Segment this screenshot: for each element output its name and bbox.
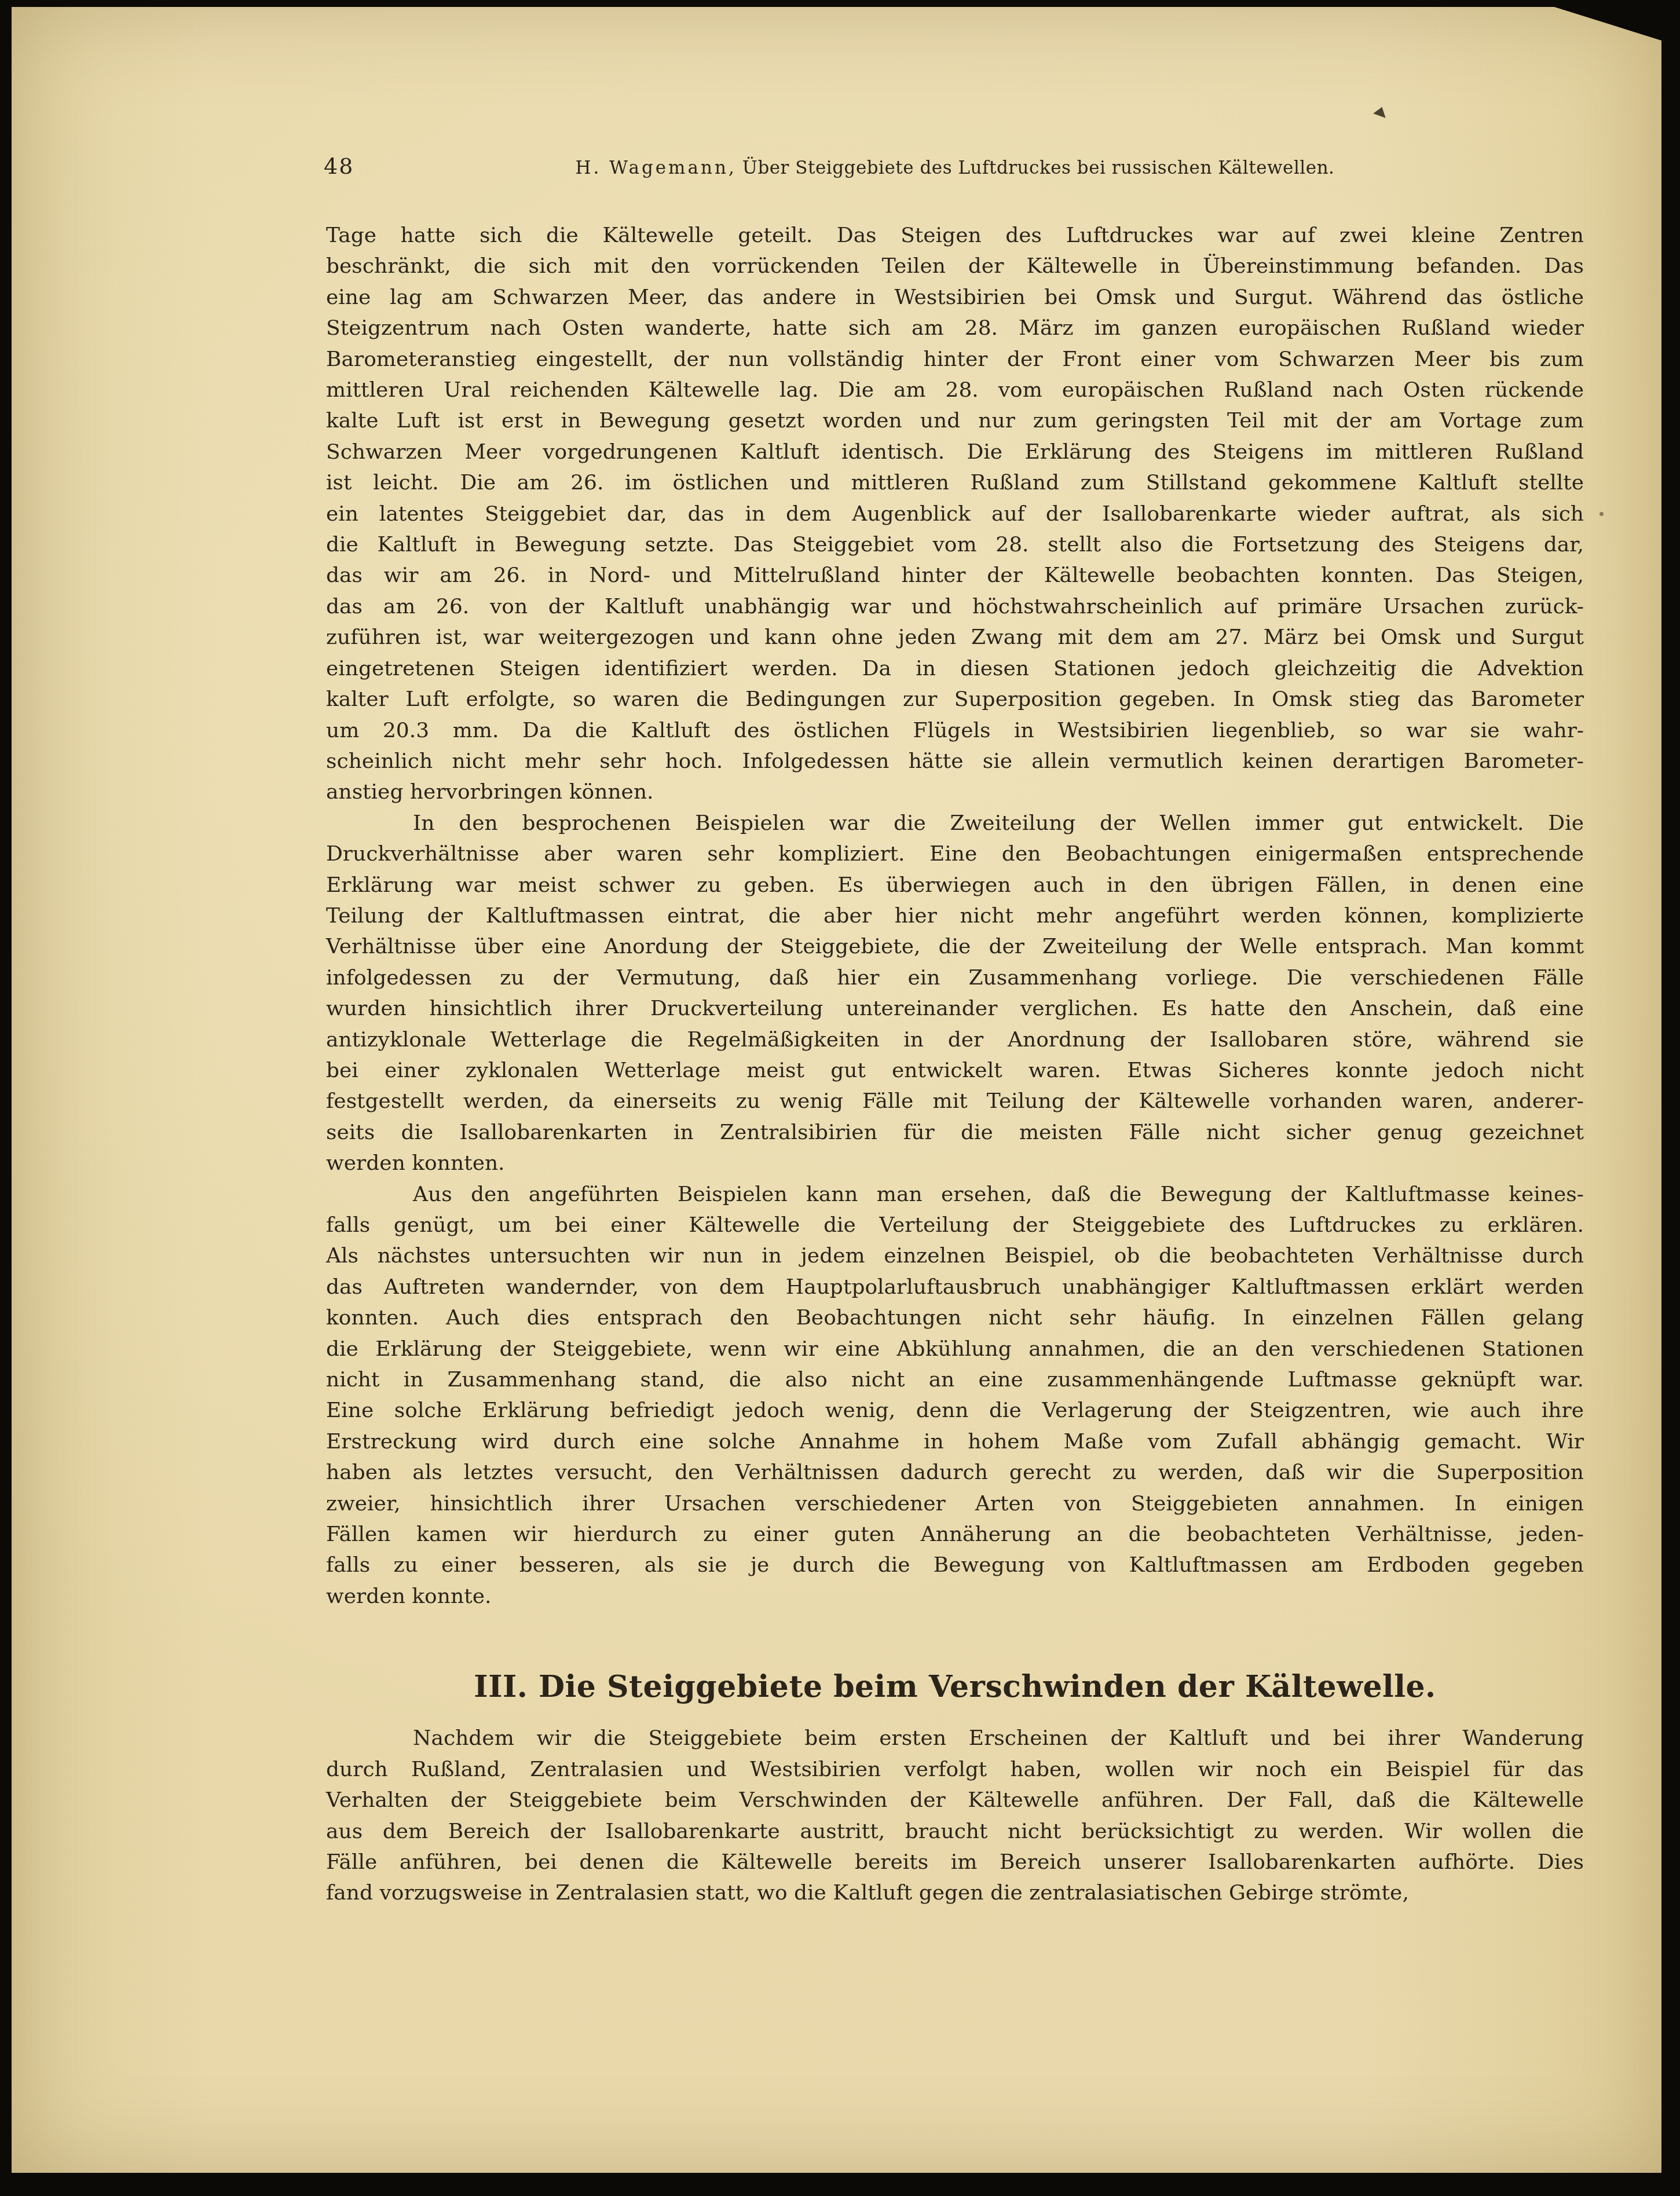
text-line: In den besprochenen Beispielen war die Z…: [326, 808, 1584, 839]
text-line: die Erklärung der Steiggebiete, wenn wir…: [326, 1334, 1584, 1364]
text-line: werden konnten.: [326, 1148, 1584, 1178]
text-line: Steigzentrum nach Osten wanderte, hatte …: [326, 313, 1584, 343]
text-line: anstieg hervorbringen können.: [326, 777, 1584, 807]
text-line: Nachdem wir die Steiggebiete beim ersten…: [326, 1723, 1584, 1754]
text-line: scheinlich nicht mehr sehr hoch. Infolge…: [326, 746, 1584, 777]
paragraph: Tage hatte sich die Kältewelle geteilt. …: [326, 220, 1584, 808]
text-line: das am 26. von der Kaltluft unabhängig w…: [326, 591, 1584, 622]
scan-corner-wedge: [1554, 7, 1661, 41]
running-header-title: Über Steiggebiete des Luftdruckes bei ru…: [742, 158, 1335, 178]
text-line: Aus den angeführten Beispielen kann man …: [326, 1179, 1584, 1210]
text-line: durch Rußland, Zentralasien und Westsibi…: [326, 1754, 1584, 1785]
text-line: Barometeranstieg eingestellt, der nun vo…: [326, 344, 1584, 375]
text-line: ist leicht. Die am 26. im östlichen und …: [326, 467, 1584, 498]
text-line: festgestellt werden, da einerseits zu we…: [326, 1086, 1584, 1117]
text-line: die Kaltluft in Bewegung setzte. Das Ste…: [326, 529, 1584, 560]
text-line: werden konnte.: [326, 1581, 1584, 1612]
text-line: aus dem Bereich der Isallobarenkarte aus…: [326, 1816, 1584, 1847]
text-line: Eine solche Erklärung befriedigt jedoch …: [326, 1395, 1584, 1426]
text-line: kalte Luft ist erst in Bewegung gesetzt …: [326, 405, 1584, 436]
section-heading: III. Die Steiggebiete beim Verschwinden …: [326, 1670, 1584, 1704]
text-line: das wir am 26. in Nord- und Mittelrußlan…: [326, 560, 1584, 591]
text-line: das Auftreten wandernder, von dem Hauptp…: [326, 1272, 1584, 1302]
text-line: seits die Isallobarenkarten in Zentralsi…: [326, 1117, 1584, 1148]
scanned-page: 48 H. Wagemann,Über Steiggebiete des Luf…: [12, 7, 1661, 2173]
text-line: um 20.3 mm. Da die Kaltluft des östliche…: [326, 715, 1584, 746]
text-line: bei einer zyklonalen Wetterlage meist gu…: [326, 1055, 1584, 1086]
running-header: H. Wagemann,Über Steiggebiete des Luftdr…: [326, 159, 1584, 177]
text-line: Teilung der Kaltluftmassen eintrat, die …: [326, 901, 1584, 931]
text-line: konnten. Auch dies entsprach den Beobach…: [326, 1302, 1584, 1333]
text-line: zweier, hinsichtlich ihrer Ursachen vers…: [326, 1488, 1584, 1519]
text-line: Erstreckung wird durch eine solche Annah…: [326, 1426, 1584, 1457]
text-line: beschränkt, die sich mit den vorrückende…: [326, 251, 1584, 281]
text-line: Schwarzen Meer vorgedrungenen Kaltluft i…: [326, 437, 1584, 467]
text-line: mittleren Ural reichenden Kältewelle lag…: [326, 375, 1584, 405]
text-line: nicht in Zusammenhang stand, die also ni…: [326, 1364, 1584, 1395]
text-line: antizyklonale Wetterlage die Regelmäßigk…: [326, 1024, 1584, 1055]
text-line: eingetretenen Steigen identifiziert werd…: [326, 653, 1584, 684]
text-line: fand vorzugsweise in Zentralasien statt,…: [326, 1877, 1584, 1908]
text-line: Fälle anführen, bei denen die Kältewelle…: [326, 1847, 1584, 1877]
text-line: eine lag am Schwarzen Meer, das andere i…: [326, 282, 1584, 313]
text-line: infolgedessen zu der Vermutung, daß hier…: [326, 962, 1584, 993]
text-line: Tage hatte sich die Kältewelle geteilt. …: [326, 220, 1584, 251]
text-line: haben als letztes versucht, den Verhältn…: [326, 1457, 1584, 1488]
running-header-author: H. Wagemann,: [576, 158, 737, 178]
ink-speck-icon: [1372, 107, 1385, 122]
paragraph: In den besprochenen Beispielen war die Z…: [326, 808, 1584, 1179]
text-line: falls genügt, um bei einer Kältewelle di…: [326, 1210, 1584, 1240]
paragraph: Nachdem wir die Steiggebiete beim ersten…: [326, 1723, 1584, 1908]
text-line: ein latentes Steiggebiet dar, das in dem…: [326, 499, 1584, 529]
text-line: Verhältnisse über eine Anordung der Stei…: [326, 931, 1584, 962]
text-line: kalter Luft erfolgte, so waren die Bedin…: [326, 684, 1584, 715]
text-line: Erklärung war meist schwer zu geben. Es …: [326, 870, 1584, 901]
ink-dot: [1600, 512, 1604, 516]
text-line: Fällen kamen wir hierdurch zu einer gute…: [326, 1519, 1584, 1550]
text-line: zuführen ist, war weitergezogen und kann…: [326, 622, 1584, 653]
text-line: Verhalten der Steiggebiete beim Verschwi…: [326, 1785, 1584, 1816]
paragraph: Aus den angeführten Beispielen kann man …: [326, 1179, 1584, 1612]
text-line: wurden hinsichtlich ihrer Druckverteilun…: [326, 993, 1584, 1024]
text-line: Als nächstes untersuchten wir nun in jed…: [326, 1240, 1584, 1271]
text-line: falls zu einer besseren, als sie je durc…: [326, 1550, 1584, 1580]
text-column: Tage hatte sich die Kältewelle geteilt. …: [326, 220, 1584, 1909]
text-line: Druckverhältnisse aber waren sehr kompli…: [326, 839, 1584, 869]
